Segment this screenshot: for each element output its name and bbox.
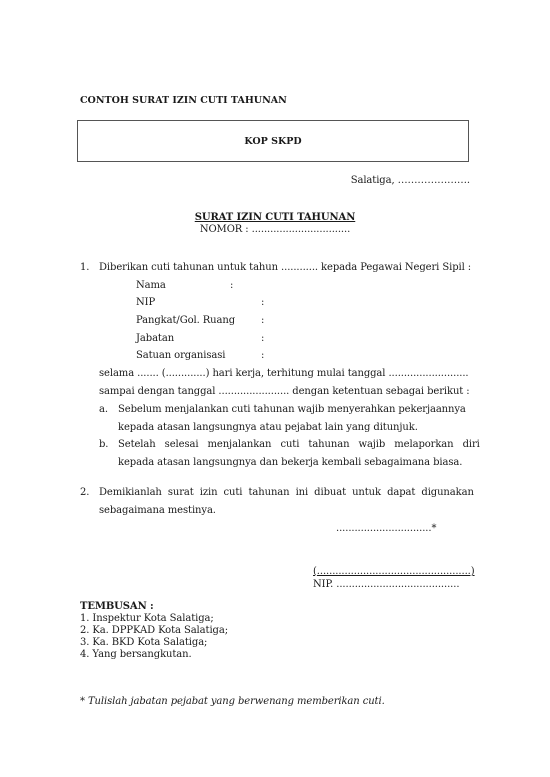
field-label-jabatan: Jabatan xyxy=(136,333,174,344)
field-label-nama: Nama xyxy=(136,280,166,291)
kop-skpd-label: KOP SKPD xyxy=(78,136,468,147)
field-sep-jabatan: : xyxy=(261,333,264,344)
condition-a-line1: Sebelum menjalankan cuti tahunan wajib m… xyxy=(118,404,466,415)
kop-skpd-box: KOP SKPD xyxy=(77,120,469,162)
condition-a-line2: kepada atasan langsungnya atau pejabat l… xyxy=(118,422,418,433)
item1-intro: Diberikan cuti tahunan untuk tahun .....… xyxy=(99,262,471,273)
condition-a-letter: a. xyxy=(99,404,108,415)
item2-number: 2. xyxy=(80,487,89,498)
letter-number: NOMOR : ................................ xyxy=(0,224,550,235)
condition-b-line2: kepada atasan langsungnya dan bekerja ke… xyxy=(118,457,462,468)
item1-number: 1. xyxy=(80,262,89,273)
field-sep-pangkat: : xyxy=(261,315,264,326)
document-heading: CONTOH SURAT IZIN CUTI TAHUNAN xyxy=(80,95,287,106)
tembusan-item: 4. Yang bersangkutan. xyxy=(80,649,192,660)
signature-nip: NIP. ...................................… xyxy=(313,579,459,590)
tembusan-title: TEMBUSAN : xyxy=(80,601,154,612)
condition-b-line1: Setelah selesai menjalankan cuti tahunan… xyxy=(118,439,480,450)
field-sep-nip: : xyxy=(261,297,264,308)
field-label-pangkat: Pangkat/Gol. Ruang xyxy=(136,315,235,326)
tembusan-item: 3. Ka. BKD Kota Salatiga; xyxy=(80,637,207,648)
signature-name: (.......................................… xyxy=(313,566,475,577)
field-sep-nama: : xyxy=(230,280,233,291)
tembusan-item: 1. Inspektur Kota Salatiga; xyxy=(80,613,214,624)
tembusan-item: 2. Ka. DPPKAD Kota Salatiga; xyxy=(80,625,228,636)
field-label-satuan: Satuan organisasi xyxy=(136,350,225,361)
condition-b-letter: b. xyxy=(99,439,108,450)
place-date: Salatiga, …………………. xyxy=(351,175,470,186)
until-line: sampai dengan tanggal ..................… xyxy=(99,386,470,397)
footnote: * Tulislah jabatan pejabat yang berwenan… xyxy=(80,696,385,707)
letter-title: SURAT IZIN CUTI TAHUNAN xyxy=(0,212,550,223)
signature-position: ...............................* xyxy=(336,523,436,534)
field-label-nip: NIP xyxy=(136,297,155,308)
item2-line2: sebagaimana mestinya. xyxy=(99,505,216,516)
item2-line1: Demikianlah surat izin cuti tahunan ini … xyxy=(99,487,474,498)
field-sep-satuan: : xyxy=(261,350,264,361)
duration-line: selama ....... (.............) hari kerj… xyxy=(99,368,469,379)
